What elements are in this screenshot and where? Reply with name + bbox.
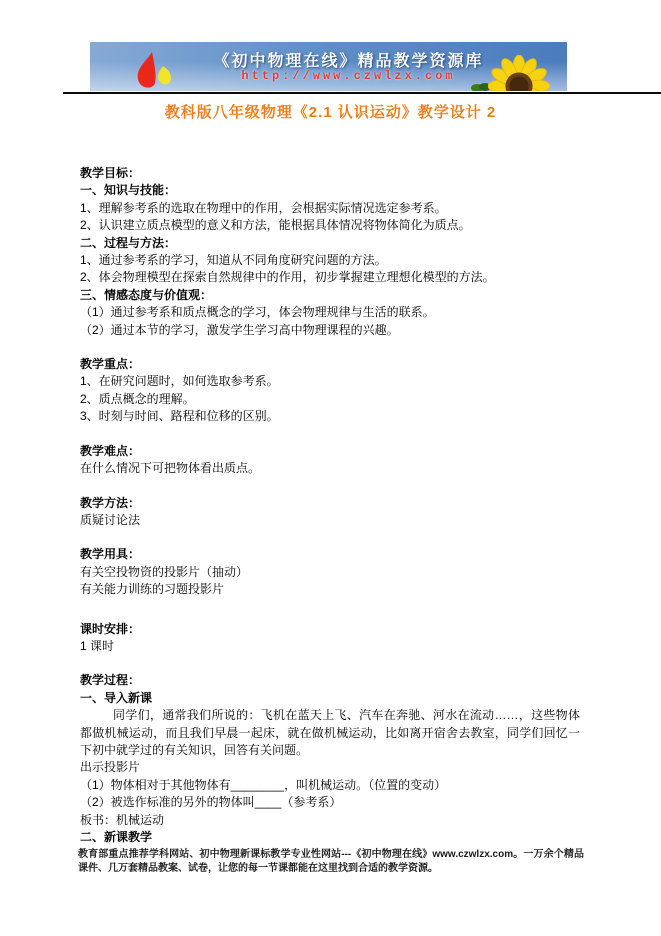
doc-line: 2、体会物理模型在探索自然规律中的作用，初步掌握建立理想化模型的方法。 [80, 269, 580, 286]
document-page: 《初中物理在线》精品教学资源库 http://www.czwlzx.com [0, 0, 661, 936]
doc-line: （2）通过本节的学习，激发学生学习高中物理课程的兴趣。 [80, 322, 580, 339]
doc-line: 在什么情况下可把物体看出质点。 [80, 460, 580, 477]
intro-paragraph: 同学们，通常我们所说的：飞机在蓝天上飞、汽车在奔驰、河水在流动……，这些物体都做… [80, 707, 580, 759]
blank-line [80, 529, 580, 546]
doc-line: 出示投影片 [80, 759, 580, 776]
doc-line: 有关能力训练的习题投影片 [80, 581, 580, 598]
blank-line [80, 478, 580, 495]
subheading-knowledge: 一、知识与技能： [80, 182, 580, 199]
subheading-intro: 一、导入新课 [80, 690, 580, 707]
heading-process-sec: 教学过程： [80, 672, 580, 689]
heading-tools: 教学用具： [80, 546, 580, 563]
doc-line: 3、时刻与时间、路程和位移的区别。 [80, 408, 580, 425]
doc-line: （1）物体相对于其他物体有________，叫机械运动。（位置的变动） [80, 777, 580, 794]
doc-line: 2、质点概念的理解。 [80, 391, 580, 408]
blank-line [80, 655, 580, 672]
page-title: 教科版八年级物理《2.1 认识运动》教学设计 2 [0, 101, 661, 122]
document-body: 教学目标： 一、知识与技能： 1、理解参考系的选取在物理中的作用，会根据实际情况… [80, 165, 580, 846]
doc-line: 2、认识建立质点模型的意义和方法，能根据具体情况将物体简化为质点。 [80, 217, 580, 234]
banner-site-title: 《初中物理在线》精品教学资源库 [160, 48, 537, 71]
page-footer: 教育部重点推荐学科网站、初中物理新课标教学专业性网站---《初中物理在线》www… [78, 848, 584, 876]
header-divider [63, 92, 661, 94]
heading-difficulties: 教学难点： [80, 443, 580, 460]
blank-line [80, 339, 580, 356]
blank-line [80, 599, 580, 621]
subheading-new-lesson: 二、新课教学 [80, 829, 580, 846]
subheading-emotion: 三、情感态度与价值观： [80, 287, 580, 304]
blank-line [80, 426, 580, 443]
doc-line: 1 课时 [80, 638, 580, 655]
heading-key-points: 教学重点： [80, 356, 580, 373]
heading-goals: 教学目标： [80, 165, 580, 182]
doc-line: 板书：机械运动 [80, 812, 580, 829]
doc-line: 质疑讨论法 [80, 512, 580, 529]
doc-line: 有关空投物资的投影片（抽动） [80, 564, 580, 581]
site-banner: 《初中物理在线》精品教学资源库 http://www.czwlzx.com [90, 42, 567, 91]
doc-line: 1、在研究问题时，如何选取参考系。 [80, 373, 580, 390]
sunflower-icon [488, 55, 550, 91]
subheading-process: 二、过程与方法： [80, 235, 580, 252]
heading-methods: 教学方法： [80, 495, 580, 512]
heading-schedule: 课时安排： [80, 621, 580, 638]
doc-line: （2）被选作标准的另外的物体叫____（参考系） [80, 794, 580, 811]
doc-line: （1）通过参考系和质点概念的学习，体会物理规律与生活的联系。 [80, 304, 580, 321]
doc-line: 1、通过参考系的学习，知道从不同角度研究问题的方法。 [80, 252, 580, 269]
doc-line: 1、理解参考系的选取在物理中的作用，会根据实际情况选定参考系。 [80, 200, 580, 217]
